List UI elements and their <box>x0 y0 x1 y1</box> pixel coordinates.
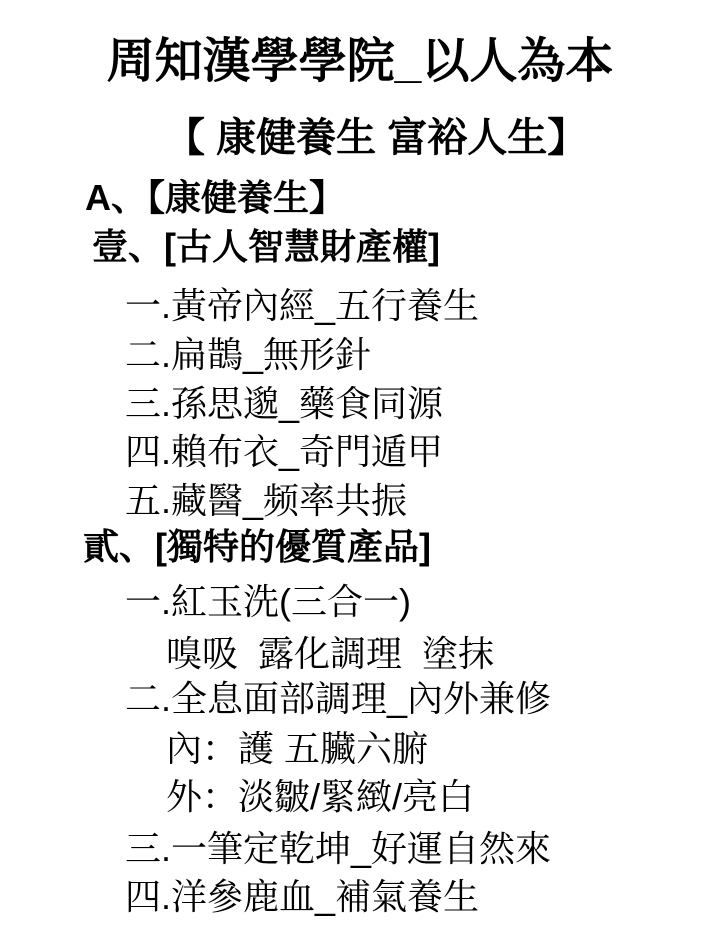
part-2-item-3: 三.一筆定乾坤_好運自然來 <box>125 831 551 867</box>
part-1-item-2: 二.扁鵲_無形針 <box>125 337 371 373</box>
document-page: 周知漢學學院_以人為本 【 康健養生 富裕人生】 A、【康健養生】 壹、[古人智… <box>0 0 720 937</box>
part-2-item-2-outer-detail: 外：淡皺/緊緻/亮白 <box>166 779 474 815</box>
part-2-item-4: 四.洋參鹿血_補氣養生 <box>125 879 479 915</box>
part-1-item-1: 一.黃帝內經_五行養生 <box>125 288 479 324</box>
document-subtitle: 【 康健養生 富裕人生】 <box>165 118 587 158</box>
part-1-item-3: 三.孫思邈_藥食同源 <box>125 386 443 422</box>
section-a-heading: A、【康健養生】 <box>85 180 345 216</box>
document-title: 周知漢學學院_以人為本 <box>0 38 720 86</box>
part-2-item-2-inner-detail: 內：護 五臟六腑 <box>166 731 428 767</box>
part-2-item-1-note: 嗅吸 露化調理 塗抹 <box>166 636 494 672</box>
part-2-heading: 貳、[獨特的優質產品] <box>83 529 431 565</box>
part-2-item-1: 一.紅玉洗(三合一) <box>125 584 411 620</box>
part-1-item-4: 四.賴布衣_奇門遁甲 <box>125 434 443 470</box>
part-1-item-5: 五.藏醫_频率共振 <box>125 483 407 519</box>
part-1-heading: 壹、[古人智慧財產權] <box>92 229 440 265</box>
part-2-item-2: 二.全息面部調理_內外兼修 <box>125 681 551 717</box>
